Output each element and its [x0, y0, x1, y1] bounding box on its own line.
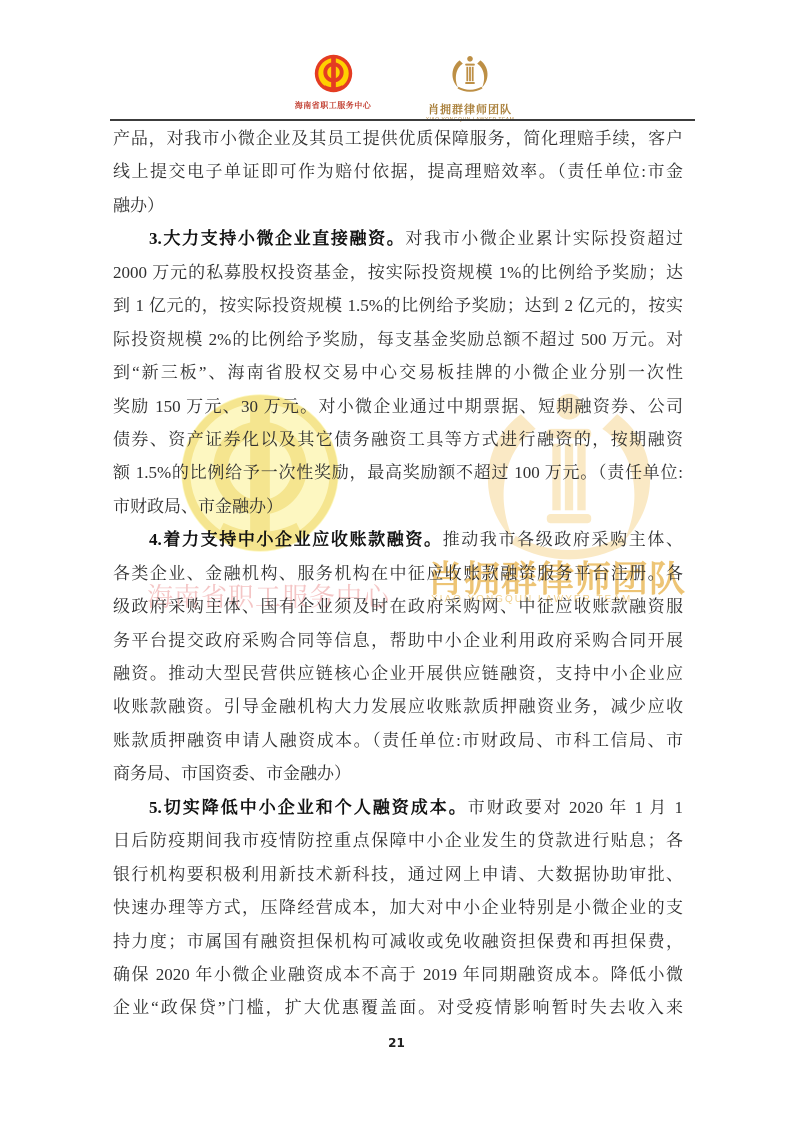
text-line: 债券、资产证券化以及其它债务融资工具等方式进行融资的，按期融资 [113, 423, 683, 456]
union-logo: 海南省职工服务中心 [288, 54, 378, 111]
lawyer-logo-label: 肖拥群律师团队 [415, 101, 525, 117]
text-line: 收账款融资。引导金融机构大力发展应收账款质押融资业务，减少应收 [113, 690, 683, 723]
paragraph-heading: 5.切实降低中小企业和个人融资成本。 [149, 798, 468, 817]
text-line: 融资。推动大型民营供应链核心企业开展供应链融资，支持中小企业应 [113, 657, 683, 690]
text-line: 市财政局、市金融办） [113, 490, 683, 523]
text-line: 到 1 亿元的，按实际投资规模 1.5%的比例给予奖励；达到 2 亿元的，按实 [113, 289, 683, 322]
text-line: 商务局、市国资委、市金融办） [113, 757, 683, 790]
text-line: 快速办理等方式，压降经营成本，加大对中小企业特别是小微企业的支 [113, 891, 683, 924]
text-line: 银行机构要积极利用新技术新科技，通过网上申请、大数据协助审批、 [113, 858, 683, 891]
lawyer-team-logo: 肖拥群律师团队 XIAO YONGQUN LAWYER TEAM [415, 54, 525, 123]
text-line: 确保 2020 年小微企业融资成本不高于 2019 年同期融资成本。降低小微 [113, 958, 683, 991]
text-line: 5.切实降低中小企业和个人融资成本。市财政要对 2020 年 1 月 1 [113, 791, 683, 824]
text-line: 4.着力支持中小企业应收账款融资。推动我市各级政府采购主体、 [113, 523, 683, 556]
union-emblem-icon [311, 80, 356, 97]
union-logo-label: 海南省职工服务中心 [288, 100, 378, 111]
text-line: 3.大力支持小微企业直接融资。对我市小微企业累计实际投资超过 [113, 222, 683, 255]
paragraph-heading: 3.大力支持小微企业直接融资。 [149, 229, 405, 248]
text-line: 各类企业、金融机构、服务机构在中征应收账款融资服务平台注册。各 [113, 557, 683, 590]
text-line: 企业“政保贷”门槛，扩大优惠覆盖面。对受疫情影响暂时失去收入来 [113, 991, 683, 1024]
text-line: 账款质押融资申请人融资成本。（责任单位:市财政局、市科工信局、市 [113, 724, 683, 757]
text-line: 奖励 150 万元、30 万元。对小微企业通过中期票据、短期融资券、公司 [113, 390, 683, 423]
page-number: 21 [0, 1036, 793, 1050]
text-line: 2000 万元的私募股权投资基金，按实际投资规模 1%的比例给予奖励；达 [113, 256, 683, 289]
lawyer-emblem-icon [444, 81, 496, 98]
text-line: 日后防疫期间我市疫情防控重点保障中小企业发生的贷款进行贴息；各 [113, 824, 683, 857]
header-divider [110, 119, 695, 121]
text-line: 到“新三板”、海南省股权交易中心交易板挂牌的小微企业分别一次性 [113, 356, 683, 389]
text-line: 产品，对我市小微企业及其员工提供优质保障服务，简化理赔手续，客户 [113, 122, 683, 155]
page-header: 海南省职工服务中心 肖拥群律师团队 XIAO YONGQUN LAWYER TE… [0, 54, 793, 114]
document-page: 海南省职工服务中心 肖拥群律师团队 XIAO YONGQUN LAWYER TE… [0, 0, 793, 1122]
paragraph-heading: 4.着力支持中小企业应收账款融资。 [149, 530, 443, 549]
text-line: 级政府采购主体、国有企业须及时在政府采购网、中征应收账款融资服 [113, 590, 683, 623]
text-line: 持力度；市属国有融资担保机构可减收或免收融资担保费和再担保费， [113, 925, 683, 958]
text-line: 务平台提交政府采购合同等信息，帮助中小企业利用政府采购合同开展 [113, 624, 683, 657]
text-line: 额 1.5%的比例给予一次性奖励，最高奖励额不超过 100 万元。（责任单位: [113, 456, 683, 489]
text-line: 融办） [113, 189, 683, 222]
text-line: 线上提交电子单证即可作为赔付依据，提高理赔效率。（责任单位:市金 [113, 155, 683, 188]
document-body: 产品，对我市小微企业及其员工提供优质保障服务，简化理赔手续，客户线上提交电子单证… [113, 122, 683, 1025]
text-line: 际投资规模 2%的比例给予奖励，每支基金奖励总额不超过 500 万元。对 [113, 323, 683, 356]
